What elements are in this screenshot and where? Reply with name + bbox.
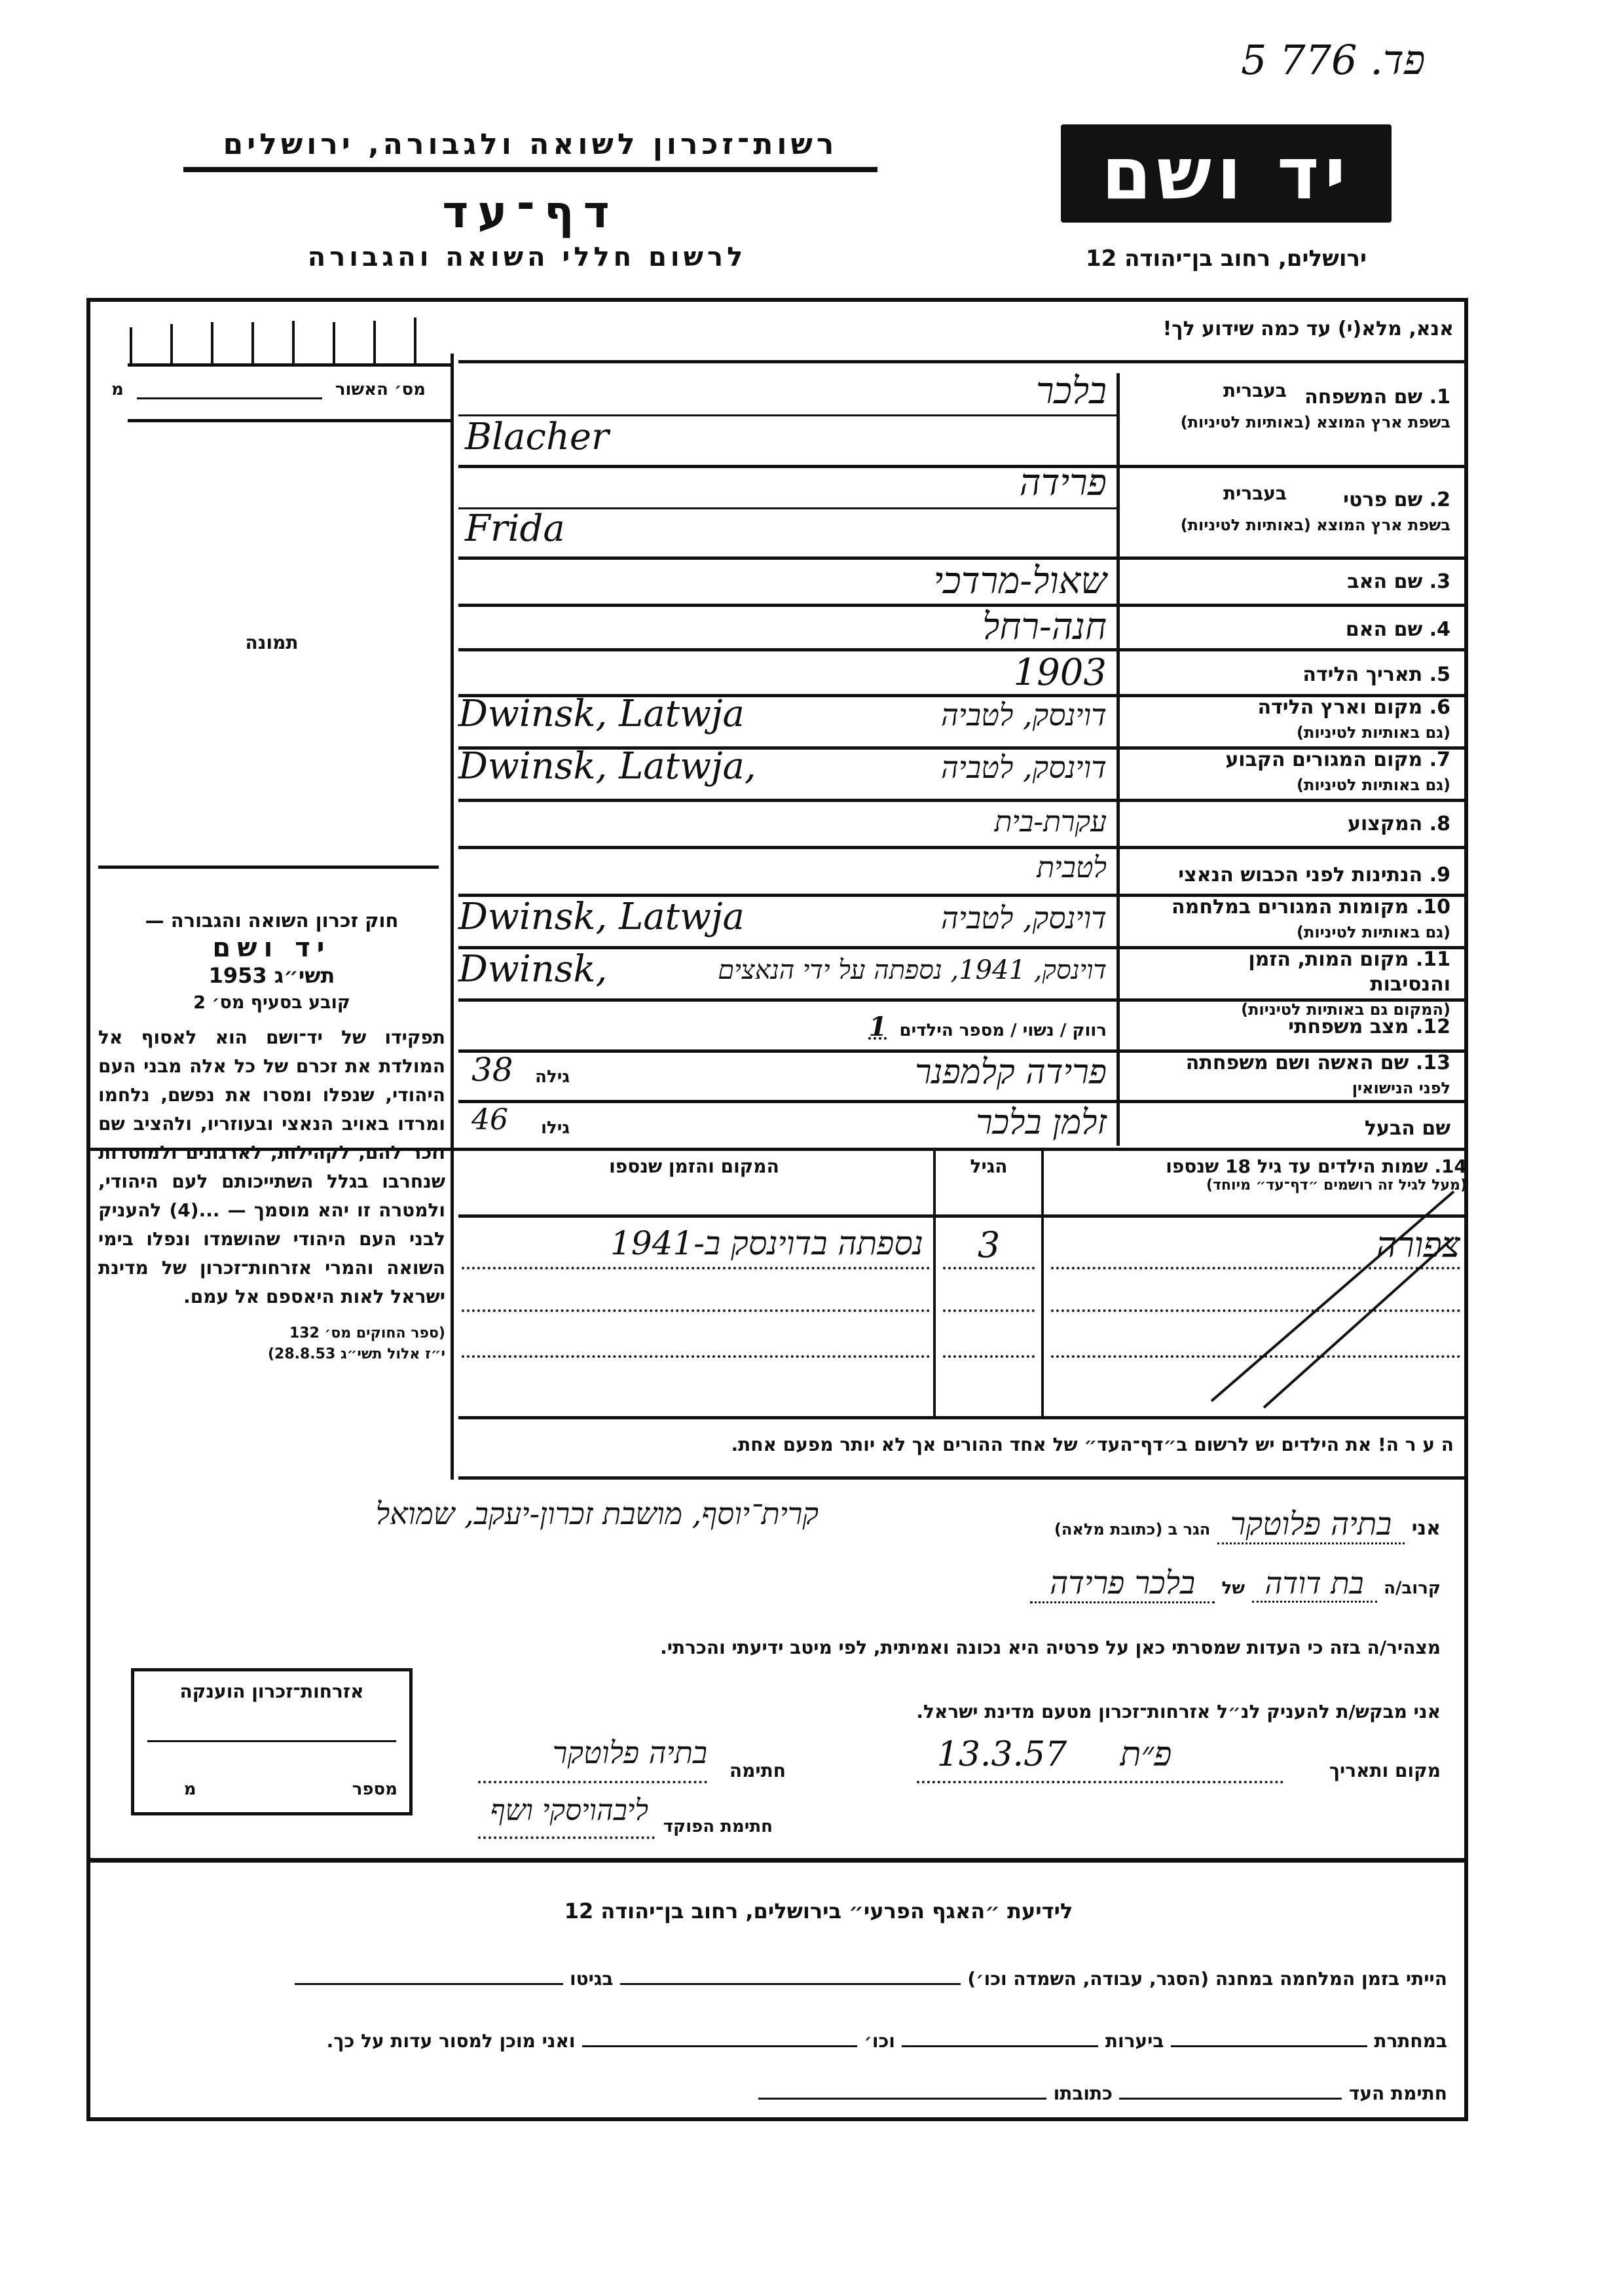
- marital-status-options: רווק / נשוי / מספר הילדים: [899, 1021, 1107, 1040]
- label: אני: [1412, 1517, 1441, 1540]
- approval-suffix: מ: [111, 380, 124, 399]
- form-subtitle: לרשום חללי השואה והגבורה: [259, 242, 796, 272]
- label: מ: [184, 1779, 196, 1799]
- law-title: חוק זכרון השואה והגבורה —: [98, 907, 445, 934]
- bottom-section-title: לידיעת ״האגף הפרעי״ בירושלים, רחוב בן־יה…: [458, 1899, 1179, 1923]
- field-name: שם האב: [1347, 570, 1422, 593]
- field-1-label: בעברית 1. שם המשפחה בשפת ארץ המוצא (באות…: [1162, 385, 1450, 435]
- strikethrough-marks: [1048, 1165, 1467, 1414]
- death-place-hebrew-input[interactable]: דוינסק, 1941, נספתה על ידי הנאצים: [655, 955, 1107, 985]
- field-4-label: 4. שם האם: [1162, 617, 1450, 642]
- marital-status-field[interactable]: רווק / נשוי / מספר הילדים 1: [655, 1011, 1107, 1042]
- field-8-label: 8. המקצוע: [1162, 812, 1450, 837]
- field-num: 3.: [1430, 570, 1450, 593]
- divider: [458, 799, 1467, 802]
- field-5-label: 5. תאריך הלידה: [1162, 663, 1450, 687]
- law-clause: קובע בסעיף מס׳ 2: [98, 989, 445, 1017]
- tick-baseline: [128, 363, 452, 367]
- field-name: המקצוע: [1348, 812, 1422, 835]
- signature-input[interactable]: בתיה פלוטקר: [393, 1735, 707, 1770]
- label: בגיטו: [570, 1968, 613, 1990]
- field-name: שם האם: [1346, 618, 1422, 641]
- child-age-input[interactable]: 3: [936, 1224, 1041, 1266]
- form-title: דף־עד: [380, 187, 681, 238]
- dotted-line: [478, 1781, 707, 1783]
- divider: [128, 419, 452, 422]
- residence-latin-input[interactable]: Dwinsk, Latwja,: [458, 745, 877, 788]
- wartime-residence-hebrew-input[interactable]: דוינסק, לטביה: [877, 900, 1107, 936]
- divider: [458, 1416, 1467, 1419]
- children-count-input[interactable]: 1: [869, 1011, 887, 1042]
- yad-vashem-logo: יד ושם: [1061, 124, 1392, 223]
- field-13-label: 13. שם האשה ושם משפחתה לפני הנישואין: [1162, 1051, 1450, 1101]
- date-input[interactable]: 13.3.57: [930, 1735, 1074, 1774]
- tick-mark: [130, 327, 132, 365]
- label: קרוב/ה: [1384, 1578, 1441, 1598]
- field-name: מצב משפחתי: [1288, 1015, 1409, 1038]
- divider: [183, 167, 877, 172]
- husband-name-input[interactable]: זלמן בלכר: [786, 1103, 1107, 1142]
- firstname-latin-input[interactable]: Frida: [465, 507, 989, 550]
- field-name: שם האשה ושם משפחתה: [1186, 1051, 1409, 1074]
- wartime-residence-latin-input[interactable]: Dwinsk, Latwja: [458, 896, 877, 938]
- field-name: מקום המגורים הקבוע: [1225, 748, 1422, 771]
- underground-input[interactable]: [1171, 2045, 1367, 2047]
- birth-date-input[interactable]: 1903: [950, 651, 1107, 694]
- label: חתימת העד: [1349, 2083, 1447, 2104]
- mother-name-input[interactable]: חנה-רחל: [720, 606, 1107, 648]
- signature-label: חתימה: [714, 1760, 786, 1781]
- bottom-line-2: במחתרת ביערות וכו׳ ואני מוכן למסור עדות …: [111, 2030, 1447, 2052]
- field-sublabel: (גם באותיות לטיניות): [1162, 920, 1450, 945]
- label: הגר ב (כתובת מלאה): [1054, 1520, 1210, 1539]
- divider: [458, 846, 1467, 849]
- field-name: הנתינות לפני הכבוש הנאצי: [1178, 864, 1422, 886]
- submitter-name-input[interactable]: בתיה פלוטקר: [1217, 1506, 1405, 1544]
- father-name-input[interactable]: שאול-מרדכי: [720, 560, 1107, 602]
- field-num: 5.: [1430, 663, 1450, 686]
- dotted-line: [462, 1309, 930, 1312]
- ghetto-input[interactable]: [295, 1983, 563, 1985]
- tick-mark: [211, 322, 213, 365]
- children-note: ה ע ר ה! את הילדים יש לרשום ב״דף־העד״ של…: [478, 1434, 1454, 1455]
- firstname-hebrew-input[interactable]: פרידה: [851, 462, 1107, 504]
- bottom-line-3: חתימת העד כתובתו: [655, 2082, 1447, 2105]
- law-text: תפקידו של יד־ושם הוא לאסוף אל המולדת את …: [98, 1023, 445, 1311]
- husband-age-input[interactable]: 46: [471, 1103, 524, 1137]
- citizenship-request: אני מבקש/ת להעניק לנ״ל אזרחות־זכרון מטעם…: [458, 1701, 1441, 1722]
- relation-input[interactable]: בת דודה: [1252, 1565, 1377, 1603]
- tick-mark: [170, 324, 173, 365]
- field-name: שם פרטי: [1343, 488, 1422, 511]
- wife-maiden-name-input[interactable]: פרידה קלמפנר: [720, 1053, 1107, 1092]
- dotted-line: [943, 1267, 1035, 1269]
- dotted-line: [462, 1267, 930, 1269]
- field-name: שם המשפחה: [1304, 386, 1422, 409]
- place-input[interactable]: פ״ת: [1087, 1735, 1205, 1774]
- forests-input[interactable]: [902, 2045, 1098, 2047]
- instructions: אנא, מלא(י) עד כמה שידוע לך!: [1126, 318, 1454, 340]
- tick-mark: [414, 318, 416, 365]
- law-name: יד ושם: [98, 934, 445, 962]
- children-header-place: המקום והזמן שנספו: [458, 1156, 930, 1177]
- divider: [458, 1476, 1467, 1480]
- column-divider: [933, 1148, 936, 1416]
- label: ביערות: [1105, 2030, 1164, 2052]
- field-name: מקומות המגורים במלחמה: [1172, 896, 1409, 919]
- field-num: 11.: [1416, 948, 1450, 971]
- field-num: 9.: [1430, 864, 1450, 886]
- label: כתובתו: [1054, 2083, 1113, 2104]
- field-num: 4.: [1430, 618, 1450, 641]
- stamp-title: אזרחות־זכרון הוענקה: [134, 1681, 409, 1702]
- field-11-label: 11. מקום המות, הזמן והנסיבות (המקום גם ב…: [1162, 947, 1450, 1022]
- official-signature-label: חתימת הפוקד: [655, 1817, 773, 1836]
- dotted-line: [462, 1355, 930, 1358]
- birthplace-hebrew-input[interactable]: דוינסק, לטביה: [877, 697, 1107, 733]
- dotted-line: [943, 1309, 1035, 1312]
- field-10-label: 10. מקומות המגורים במלחמה (גם באותיות לט…: [1162, 895, 1450, 945]
- wife-age-label: גילה: [517, 1067, 570, 1087]
- dotted-line: [943, 1355, 1035, 1358]
- memorial-citizenship-stamp-box: אזרחות־זכרון הוענקה מספר מ: [131, 1668, 413, 1815]
- field-num: 6.: [1430, 696, 1450, 719]
- death-place-latin-input[interactable]: Dwinsk,: [458, 948, 668, 991]
- label: ואני מוכן למסור עדות על כך.: [327, 2030, 576, 2052]
- child-place-input[interactable]: נספתה בדוינסק ב-1941: [465, 1224, 923, 1262]
- archive-number: 5 פד. 776: [1241, 36, 1425, 84]
- law-ref-line1: (ספר החוקים מס׳ 132: [98, 1323, 445, 1344]
- divider: [88, 1858, 1467, 1863]
- citizenship-input[interactable]: לטבית: [917, 851, 1107, 884]
- field-12-label: 12. מצב משפחתי: [1162, 1015, 1450, 1040]
- field-name: שם הבעל: [1365, 1117, 1450, 1140]
- hebrew-tag: בעברית: [1223, 481, 1287, 506]
- husband-name-label: שם הבעל: [1162, 1116, 1450, 1141]
- label: במחתרת: [1374, 2030, 1447, 2052]
- label-column-divider: [1116, 373, 1120, 1146]
- dotted-line: [917, 1781, 1283, 1783]
- witness-address-input[interactable]: [758, 2098, 1046, 2100]
- tick-mark: [251, 322, 254, 365]
- declaration-statement: מצהיר/ה בזה כי העדות שמסרתי כאן על פרטיה…: [458, 1637, 1441, 1658]
- photo-placeholder-label: תמונה: [223, 632, 321, 653]
- witness-signature-input[interactable]: [1119, 2098, 1342, 2100]
- other-input[interactable]: [582, 2045, 857, 2047]
- submitter-address-input[interactable]: קרית־יוסף, מושבת זכרון-יעקב, שמואל: [190, 1496, 819, 1531]
- field-num: 1.: [1430, 386, 1450, 409]
- tick-mark: [292, 321, 295, 365]
- divider: [88, 1148, 1467, 1151]
- field-num: 13.: [1416, 1051, 1450, 1074]
- declaration-line-2: קרוב/ה בת דודה של בלכר פרידה: [589, 1565, 1441, 1601]
- official-signature-input[interactable]: ליבהויסקי ושף: [452, 1794, 648, 1827]
- children-header-age: הגיל: [936, 1156, 1041, 1177]
- approval-label: מס׳ האשור: [335, 380, 426, 399]
- hebrew-tag: בעברית: [1223, 378, 1287, 403]
- field-num: 2.: [1430, 488, 1450, 511]
- residence-hebrew-input[interactable]: דוינסק, לטביה: [877, 750, 1107, 785]
- field-sublabel: (גם באותיות לטיניות): [1162, 720, 1450, 745]
- divider: [98, 866, 439, 869]
- tick-mark: [373, 321, 376, 365]
- field-sublabel: לפני הנישואין: [1162, 1076, 1450, 1101]
- field-num: 10.: [1416, 896, 1450, 919]
- field-7-label: 7. מקום המגורים הקבוע (גם באותיות לטיניו…: [1162, 748, 1450, 797]
- approval-input-line[interactable]: [137, 386, 322, 399]
- relation-of-input[interactable]: בלכר פרידה: [1030, 1565, 1215, 1603]
- dotted-line: [478, 1836, 655, 1839]
- surname-hebrew-input[interactable]: בלכר: [851, 370, 1107, 412]
- field-sublabel: בשפת ארץ המוצא (באותיות לטיניות): [1162, 410, 1450, 435]
- field-name: מקום וארץ הלידה: [1258, 696, 1423, 719]
- law-reference: (ספר החוקים מס׳ 132 י״ז אלול תשי״ג 28.8.…: [98, 1323, 445, 1365]
- field-sublabel: בשפת ארץ המוצא (באותיות לטיניות): [1162, 513, 1450, 538]
- divider: [458, 360, 1467, 363]
- label: הייתי בזמן המלחמה במחנה (הסגר, עבודה, הש…: [967, 1968, 1447, 1990]
- field-9-label: 9. הנתינות לפני הכבוש הנאצי: [1162, 863, 1450, 888]
- law-excerpt: חוק זכרון השואה והגבורה — יד ושם תשי״ג 1…: [98, 907, 445, 1365]
- field-6-label: 6. מקום וארץ הלידה (גם באותיות לטיניות): [1162, 695, 1450, 745]
- place-date-label: מקום ותאריך: [1297, 1760, 1441, 1781]
- bottom-line-1: הייתי בזמן המלחמה במחנה (הסגר, עבודה, הש…: [111, 1967, 1447, 1990]
- law-year: תשי״ג 1953: [98, 962, 445, 989]
- husband-age-label: גילו: [517, 1118, 570, 1138]
- camp-input[interactable]: [620, 1983, 961, 1985]
- field-num: 7.: [1430, 748, 1450, 771]
- stamp-number-row: מספר מ: [184, 1779, 397, 1799]
- approval-number-field[interactable]: מס׳ האשור מ: [111, 380, 426, 399]
- field-name: תאריך הלידה: [1302, 663, 1422, 686]
- label: של: [1222, 1578, 1245, 1598]
- sidebar-divider: [451, 354, 454, 1480]
- field-num: 8.: [1430, 812, 1450, 835]
- column-divider: [1041, 1148, 1044, 1416]
- institution-title: רשות־זכרון לשואה ולגבורה, ירושלים: [183, 128, 877, 161]
- label: מספר: [352, 1779, 397, 1799]
- law-ref-line2: י״ז אלול תשי״ג 28.8.53): [98, 1344, 445, 1365]
- tick-mark: [333, 322, 335, 365]
- institution-address: ירושלים, רחוב בן־יהודה 12: [1061, 246, 1392, 272]
- label: וכו׳: [864, 2030, 895, 2052]
- wife-age-input[interactable]: 38: [471, 1051, 524, 1089]
- profession-input[interactable]: עקרת-בית: [851, 805, 1107, 839]
- divider: [147, 1740, 396, 1742]
- birthplace-latin-input[interactable]: Dwinsk, Latwja: [458, 693, 877, 735]
- field-sublabel: (גם באותיות לטיניות): [1162, 773, 1450, 797]
- surname-latin-input[interactable]: Blacher: [465, 416, 989, 458]
- field-2-label: בעברית 2. שם פרטי בשפת ארץ המוצא (באותיו…: [1162, 488, 1450, 538]
- field-3-label: 3. שם האב: [1162, 570, 1450, 594]
- field-num: 12.: [1416, 1015, 1450, 1038]
